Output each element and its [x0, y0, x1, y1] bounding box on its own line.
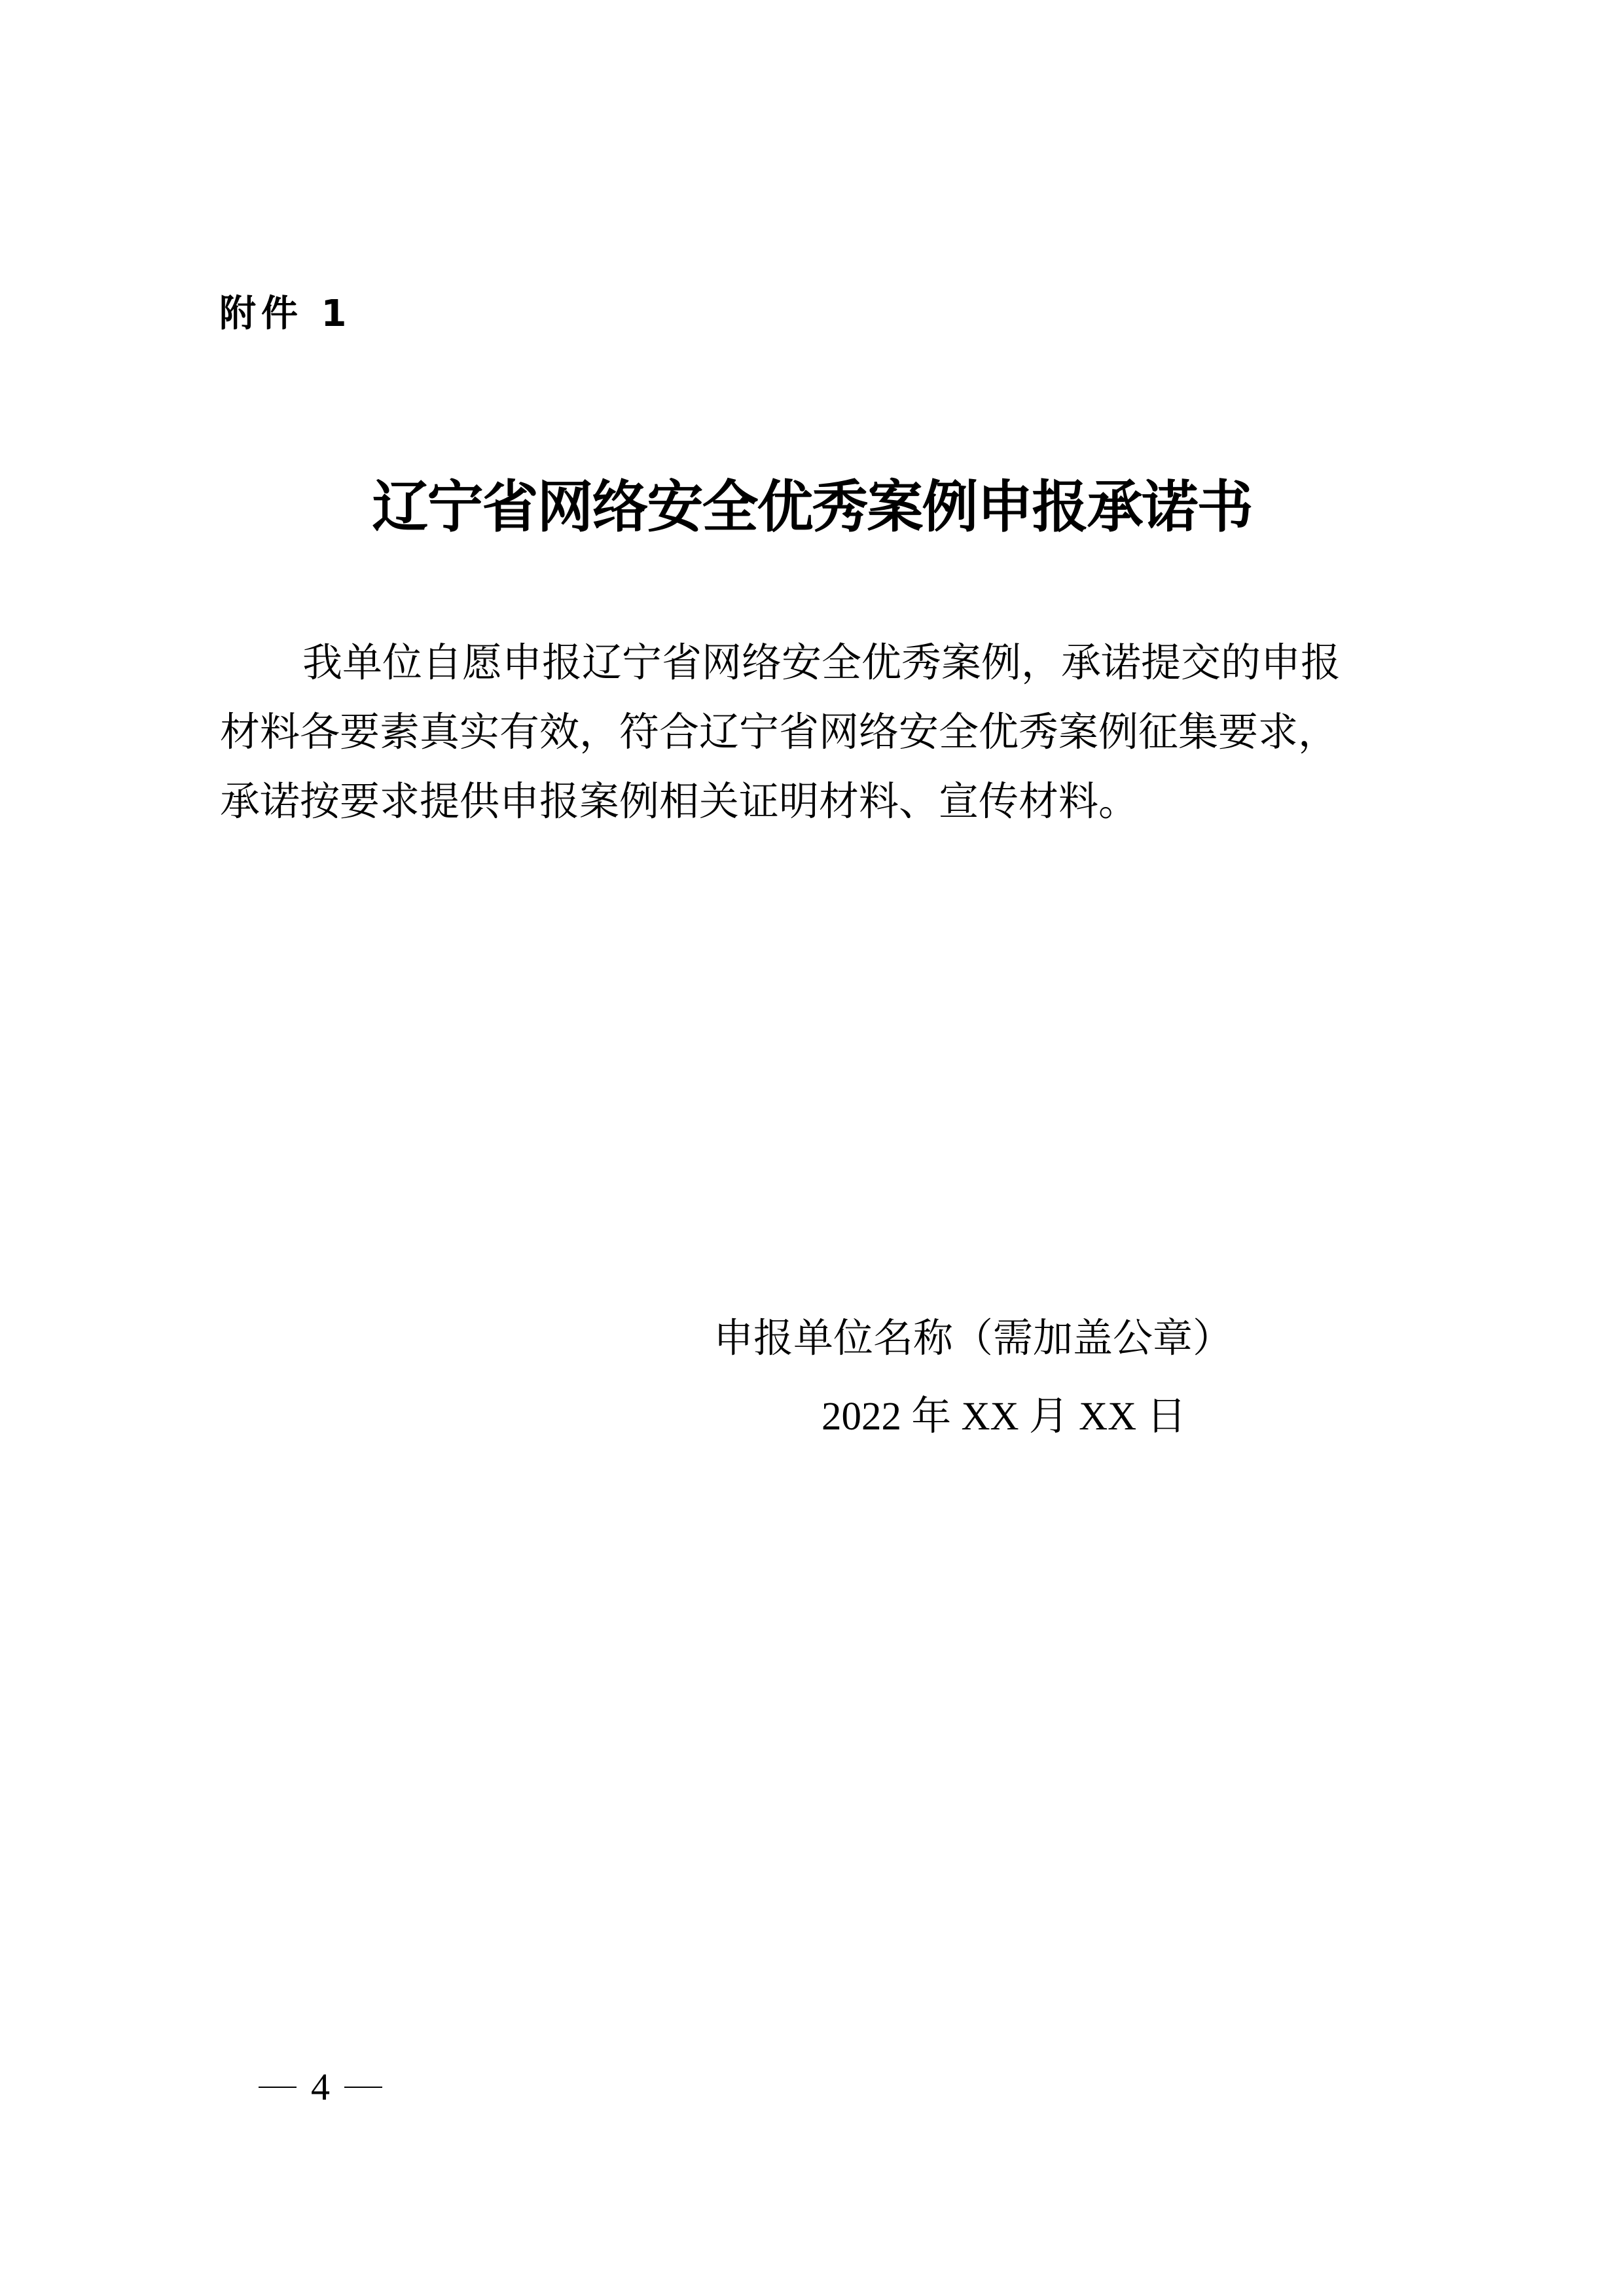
document-title: 辽宁省网络安全优秀案例申报承诺书 [0, 471, 1624, 543]
attachment-label: 附件 1 [219, 291, 352, 337]
paragraph-line: 承诺按要求提供申报案例相关证明材料、宣传材料。 [220, 767, 1424, 836]
signature-unit-name: 申报单位名称（需加盖公章） [713, 1316, 1233, 1361]
page-footer: 4 [259, 2065, 382, 2109]
commitment-paragraph: 我单位自愿申报辽宁省网络安全优秀案例，承诺提交的申报 材料各要素真实有效，符合辽… [220, 628, 1424, 836]
paragraph-line: 材料各要素真实有效，符合辽宁省网络安全优秀案例征集要求， [220, 698, 1424, 767]
page-number: 4 [311, 2065, 330, 2109]
dash-right [344, 2087, 382, 2088]
signature-date: 2022 年 XX 月 XX 日 [821, 1394, 1186, 1440]
paragraph-line: 我单位自愿申报辽宁省网络安全优秀案例，承诺提交的申报 [220, 628, 1424, 698]
dash-left [259, 2087, 297, 2088]
